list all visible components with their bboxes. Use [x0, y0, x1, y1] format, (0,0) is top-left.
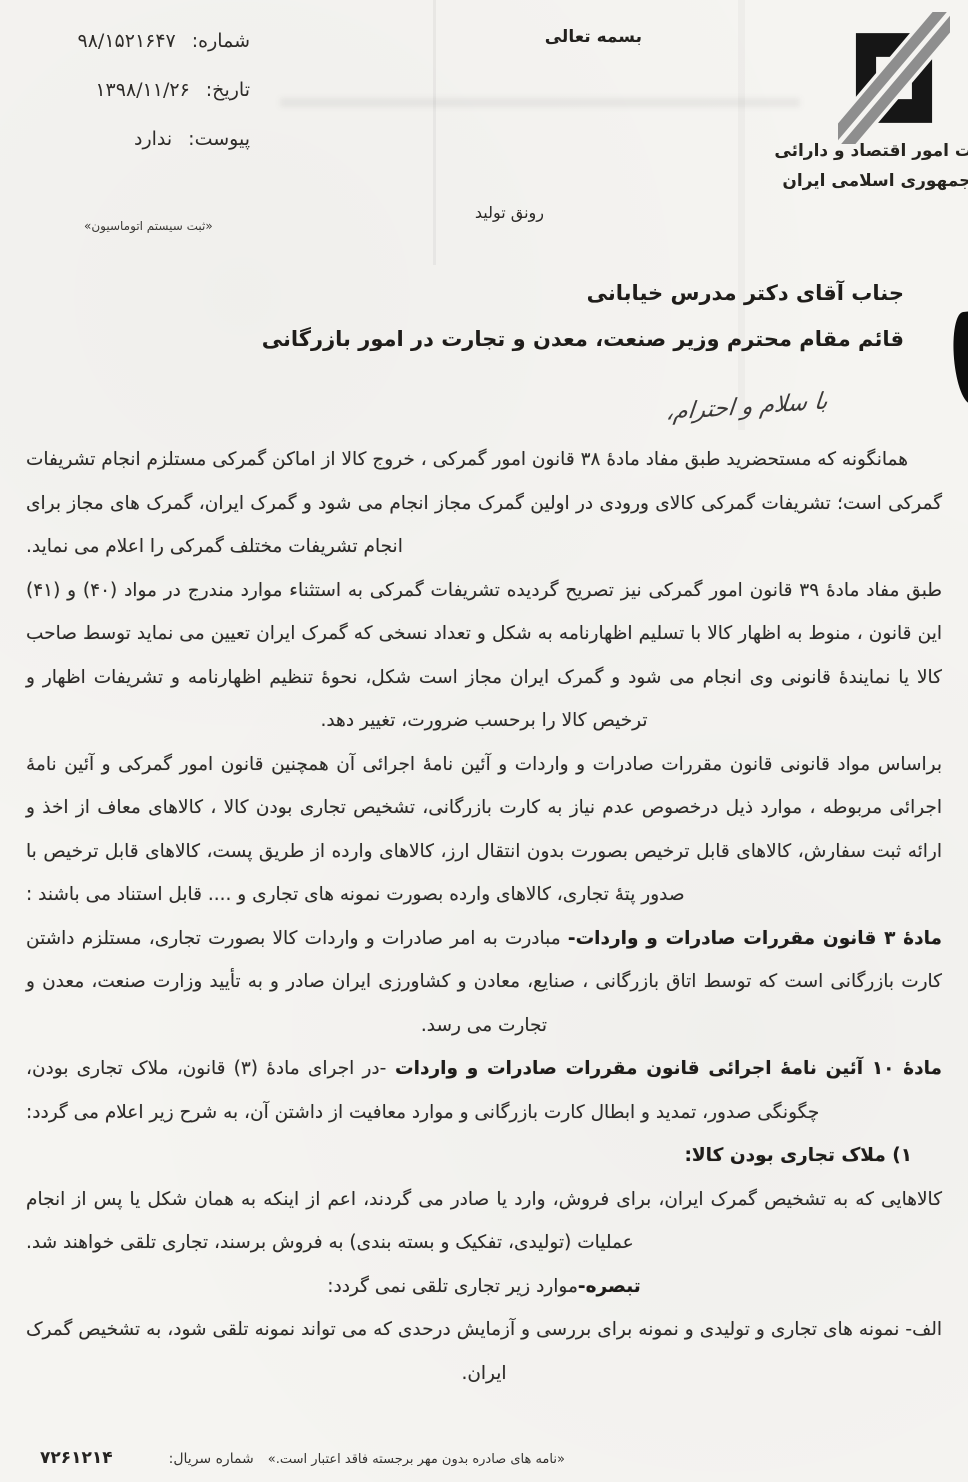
ministry-logo-icon [838, 12, 950, 144]
scanned-letter-page: شماره: ۹۸/۱۵۲۱۶۴۷ تاریخ: ۱۳۹۸/۱۱/۲۶ پیوس… [0, 0, 968, 1482]
serial-number-label: شماره سریال: [169, 1451, 254, 1467]
note-lead: تبصره- [578, 1276, 641, 1297]
besmele-text: بسمه تعالی [545, 27, 642, 47]
paragraph-article-3: مادهٔ ۳ قانون مقررات صادرات و واردات- مب… [26, 917, 942, 1048]
year-slogan: رونق تولید [475, 203, 544, 222]
recipient-block: جناب آقای دکتر مدرس خیابانی قائم مقام مح… [262, 270, 904, 362]
paragraph-article-38: همانگونه که مستحضرید طبق مفاد مادهٔ ۳۸ ق… [26, 438, 942, 569]
date-label: تاریخ: [206, 79, 250, 101]
paragraph-article-10: مادهٔ ۱۰ آئین نامهٔ اجرائی قانون مقررات … [26, 1047, 942, 1134]
note-text: موارد زیر تجاری تلقی نمی گردد: [327, 1276, 578, 1297]
recipient-name: جناب آقای دکتر مدرس خیابانی [262, 270, 904, 316]
letter-body: همانگونه که مستحضرید طبق مفاد مادهٔ ۳۸ ق… [26, 438, 942, 1395]
scan-fold-line [433, 0, 436, 265]
validity-note: «نامه های صادره بدون مهر برجسته فاقد اعت… [268, 1452, 565, 1467]
country-name-line: جمهوری اسلامی ایران [774, 166, 968, 196]
automation-registration-note: «ثبت سیستم اتوماسیون» [84, 219, 213, 233]
article-3-lead: مادهٔ ۳ قانون مقررات صادرات و واردات- [568, 928, 942, 949]
binding-ink-mark [950, 311, 968, 405]
item-1-title: ۱) ملاک تجاری بودن کالا: [26, 1134, 942, 1178]
date-value: ۱۳۹۸/۱۱/۲۶ [95, 79, 189, 101]
letter-date-row: تاریخ: ۱۳۹۸/۱۱/۲۶ [40, 79, 250, 101]
ministry-name-line: ت امور اقتصاد و دارائی [774, 136, 968, 166]
paragraph-article-39: طبق مفاد مادهٔ ۳۹ قانون امور گمرکی نیز ت… [26, 569, 942, 743]
attachment-row: پیوست: ندارد [40, 128, 250, 150]
article-10-lead: مادهٔ ۱۰ آئین نامهٔ اجرائی قانون مقررات … [386, 1058, 942, 1079]
letter-number-row: شماره: ۹۸/۱۵۲۱۶۴۷ [40, 30, 250, 52]
number-value: ۹۸/۱۵۲۱۶۴۷ [78, 30, 176, 52]
paragraph-legal-basis: براساس مواد قانونی قانون مقررات صادرات و… [26, 743, 942, 917]
scan-smudge [280, 98, 800, 107]
attachment-value: ندارد [134, 128, 172, 150]
reference-block: شماره: ۹۸/۱۵۲۱۶۴۷ تاریخ: ۱۳۹۸/۱۱/۲۶ پیوس… [40, 30, 250, 177]
clause-alef: الف- نمونه های تجاری و تولیدی و نمونه بر… [26, 1308, 942, 1395]
recipient-title: قائم مقام محترم وزیر صنعت، معدن و تجارت … [262, 316, 904, 362]
ministry-title-block: ت امور اقتصاد و دارائی جمهوری اسلامی ایر… [774, 136, 968, 196]
footer: «نامه های صادره بدون مهر برجسته فاقد اعت… [40, 1448, 565, 1468]
handwritten-greeting: با سلام و احترام، [665, 388, 829, 426]
item-1-text: کالاهایی که به تشخیص گمرک ایران، برای فر… [26, 1178, 942, 1265]
number-label: شماره: [192, 30, 250, 52]
attachment-label: پیوست: [188, 128, 250, 150]
serial-number-value: ۷۲۶۱۲۱۴ [40, 1448, 113, 1468]
note-line: تبصره-موارد زیر تجاری تلقی نمی گردد: [26, 1265, 942, 1309]
scan-streak [738, 0, 745, 430]
